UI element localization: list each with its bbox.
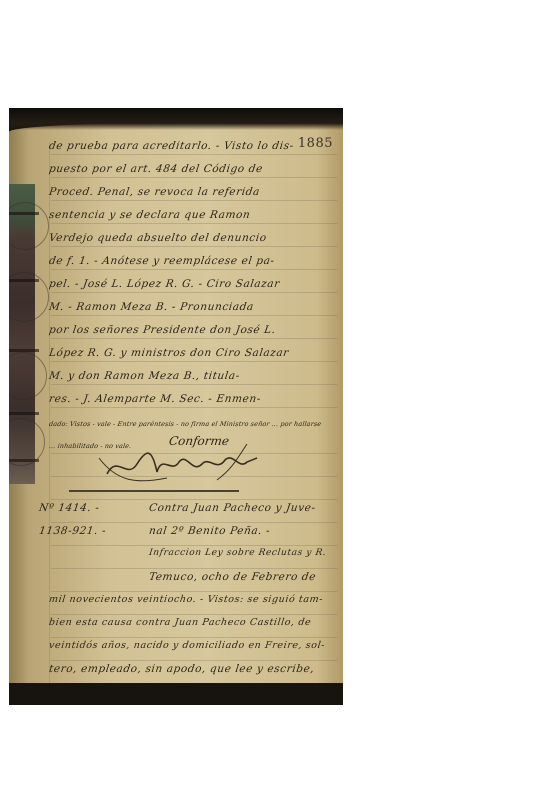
ruled-line bbox=[51, 568, 337, 569]
text-line: Verdejo queda absuelto del denuncio bbox=[48, 232, 340, 244]
case-heading-line: Temuco, ocho de Febrero de bbox=[148, 571, 340, 583]
text-line: de prueba para acreditarlo. - Visto lo d… bbox=[48, 140, 340, 152]
ruled-line bbox=[51, 246, 337, 247]
signature-underline bbox=[69, 490, 239, 492]
cancellation-bar bbox=[9, 412, 39, 415]
ruled-line bbox=[51, 614, 337, 615]
text-line: de f. 1. - Anótese y reemplácese el pa- bbox=[48, 255, 340, 267]
ruled-line bbox=[51, 660, 337, 661]
ruled-line bbox=[51, 591, 337, 592]
ruled-line bbox=[51, 338, 337, 339]
seal-circle-icon bbox=[9, 352, 47, 400]
ruled-line bbox=[51, 292, 337, 293]
text-line: pel. - José L. López R. G. - Ciro Salaza… bbox=[48, 278, 340, 290]
case-reference: 1138-921. - bbox=[38, 525, 120, 537]
case-number: Nº 1414. - bbox=[38, 502, 120, 514]
text-line: por los señores Presidente don José L. bbox=[48, 324, 340, 336]
text-line: res. - J. Alemparte M. Sec. - Enmen- bbox=[48, 393, 340, 405]
ruled-line bbox=[51, 545, 337, 546]
ruled-line bbox=[51, 384, 337, 385]
case-body-line: veintidós años, nacido y domiciliado en … bbox=[48, 640, 340, 651]
seal-circle-icon bbox=[9, 418, 45, 466]
case-heading-line: nal 2º Benito Peña. - bbox=[148, 525, 340, 537]
text-line: López R. G. y ministros don Ciro Salazar bbox=[48, 347, 340, 359]
page-top-shadow bbox=[9, 108, 343, 130]
seal-circle-icon bbox=[9, 272, 49, 322]
ruled-line bbox=[51, 200, 337, 201]
ruled-line bbox=[51, 522, 337, 523]
seal-circle-icon bbox=[9, 202, 49, 250]
ruled-line bbox=[51, 177, 337, 178]
ruled-line bbox=[51, 361, 337, 362]
case-body-line: mil novecientos veintiocho. - Vistos: se… bbox=[48, 594, 340, 605]
text-line: Proced. Penal, se revoca la referida bbox=[48, 186, 340, 198]
text-line: M. - Ramon Meza B. - Pronunciada bbox=[48, 301, 340, 313]
case-heading-line: Contra Juan Pacheco y Juve- bbox=[148, 502, 340, 514]
page-bottom-shadow bbox=[9, 683, 343, 705]
ruled-line bbox=[51, 499, 337, 500]
ruled-line bbox=[51, 315, 337, 316]
case-body-line: tero, empleado, sin apodo, que lee y esc… bbox=[48, 663, 340, 675]
case-heading-line: Infraccion Ley sobre Reclutas y R. bbox=[148, 548, 339, 558]
amendment-note: dado: Vistos - vale - Entre paréntesis -… bbox=[48, 420, 339, 428]
text-line: puesto por el art. 484 del Código de bbox=[48, 163, 340, 175]
ruled-line bbox=[51, 223, 337, 224]
case-body-line: bien esta causa contra Juan Pacheco Cast… bbox=[48, 617, 340, 628]
signature-icon bbox=[97, 444, 267, 484]
ledger-page: 1885 de prueba para acreditarlo. - Visto… bbox=[9, 122, 343, 692]
ruled-line bbox=[51, 407, 337, 408]
text-line: M. y don Ramon Meza B., titula- bbox=[48, 370, 340, 382]
ruled-line bbox=[51, 637, 337, 638]
ruled-line bbox=[51, 154, 337, 155]
ruled-line bbox=[51, 269, 337, 270]
text-line: sentencia y se declara que Ramon bbox=[48, 209, 340, 221]
document-photo: 1885 de prueba para acreditarlo. - Visto… bbox=[9, 108, 343, 705]
